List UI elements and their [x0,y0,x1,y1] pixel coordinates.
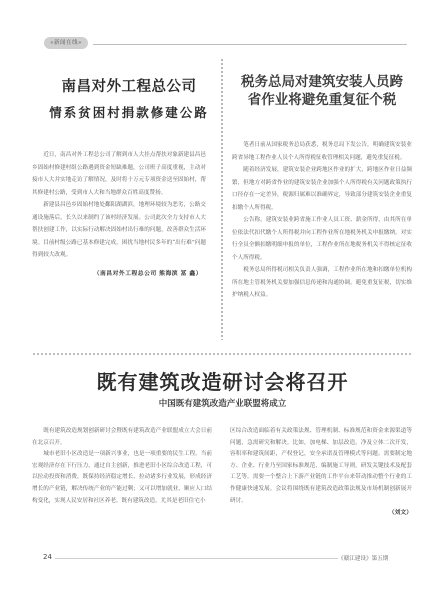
right-article-title-line2: 省作业将避免重复征个税 [232,90,412,111]
main-article-right-body: 区综合改造面临着有关政策法规、管理机制、标准规范和资金来源渠道等问题，急需研究和… [230,426,412,507]
left-article-body: 近日，南昌对外工程总公司了解到市人大挂点帮扶对象新建县昌邑乡固始村修建村组公路遇… [32,149,212,262]
section-badge: «新闻在线» [44,37,88,49]
header-rule [93,44,407,45]
main-article-left-column: 既有建筑改造规划创新研讨会暨既有建筑改造产业联盟成立大会日前在北京召开。 城市老… [32,426,212,507]
paragraph: 城市老旧小区改造是一项新兴事业，也是一项重要的民生工程。当前宏观经济存在下行压力… [32,449,212,507]
page-number: 24 [43,553,52,561]
byline: （南昌对外工程总公司 熊海滨 冨 鑫） [32,268,212,277]
right-article: 税务总局对建筑安装人员跨 省作业将避免重复征个税 笔者日前从国家税务总局获悉，税… [232,75,412,302]
paragraph: 新建县昌邑乡固始村地处鄱阳湖湖滨，地理环境较为恶劣，公路交通设施落后，长久以来制… [32,199,206,262]
paragraph: 公告称，建筑安装业跨省施工作业人员工资、薪金所得，由其所在单位依法代扣代缴个人所… [232,214,412,264]
right-article-body: 笔者日前从国家税务总局获悉，税务总局下发公告，明确建筑安装业跨省异地工程作业人员… [232,139,412,302]
main-article-right-column: 区综合改造面临着有关政策法规、管理机制、标准规范和资金来源渠道等问题，急需研究和… [230,426,412,516]
paragraph: 近日，南昌对外工程总公司了解到市人大挂点帮扶对象新建县昌邑乡固始村修建村组公路遇… [32,149,206,199]
paragraph: 随着经济发展，建筑安装企业跨地区作业的扩大，跨地区作业日益频繁，但地方对跨省作业… [232,164,412,214]
paragraph: 既有建筑改造规划创新研讨会暨既有建筑改造产业联盟成立大会日前在北京召开。 [32,426,212,449]
paragraph: 区综合改造面临着有关政策法规、管理机制、标准规范和资金来源渠道等问题，急需研究和… [230,426,412,507]
issue-label: 《赣江建设》第五期 [338,554,388,562]
main-article-subtitle: 中国既有建筑改造产业联盟将成立 [0,397,445,409]
paragraph: 税务总局所得税司相关负责人强调，工程作业所在地和扣缴单位机构所在地主管税务机关要… [232,264,412,302]
vertical-divider [220,58,224,340]
left-article-subtitle: 情系贫困村捐款修建公路 [46,103,212,121]
signoff: （刘文） [389,507,412,516]
footer-rule [55,558,338,559]
left-article: 南昌对外工程总公司 情系贫困村捐款修建公路 近日，南昌对外工程总公司了解到市人大… [32,75,212,277]
left-article-title: 南昌对外工程总公司 [46,75,212,96]
paragraph: 笔者日前从国家税务总局获悉，税务总局下发公告，明确建筑安装业跨省异地工程作业人员… [232,139,412,164]
main-article-left-body: 既有建筑改造规划创新研讨会暨既有建筑改造产业联盟成立大会日前在北京召开。 城市老… [32,426,212,507]
horizontal-divider [32,352,412,356]
main-article-title: 既有建筑改造研讨会将召开 [0,366,445,395]
